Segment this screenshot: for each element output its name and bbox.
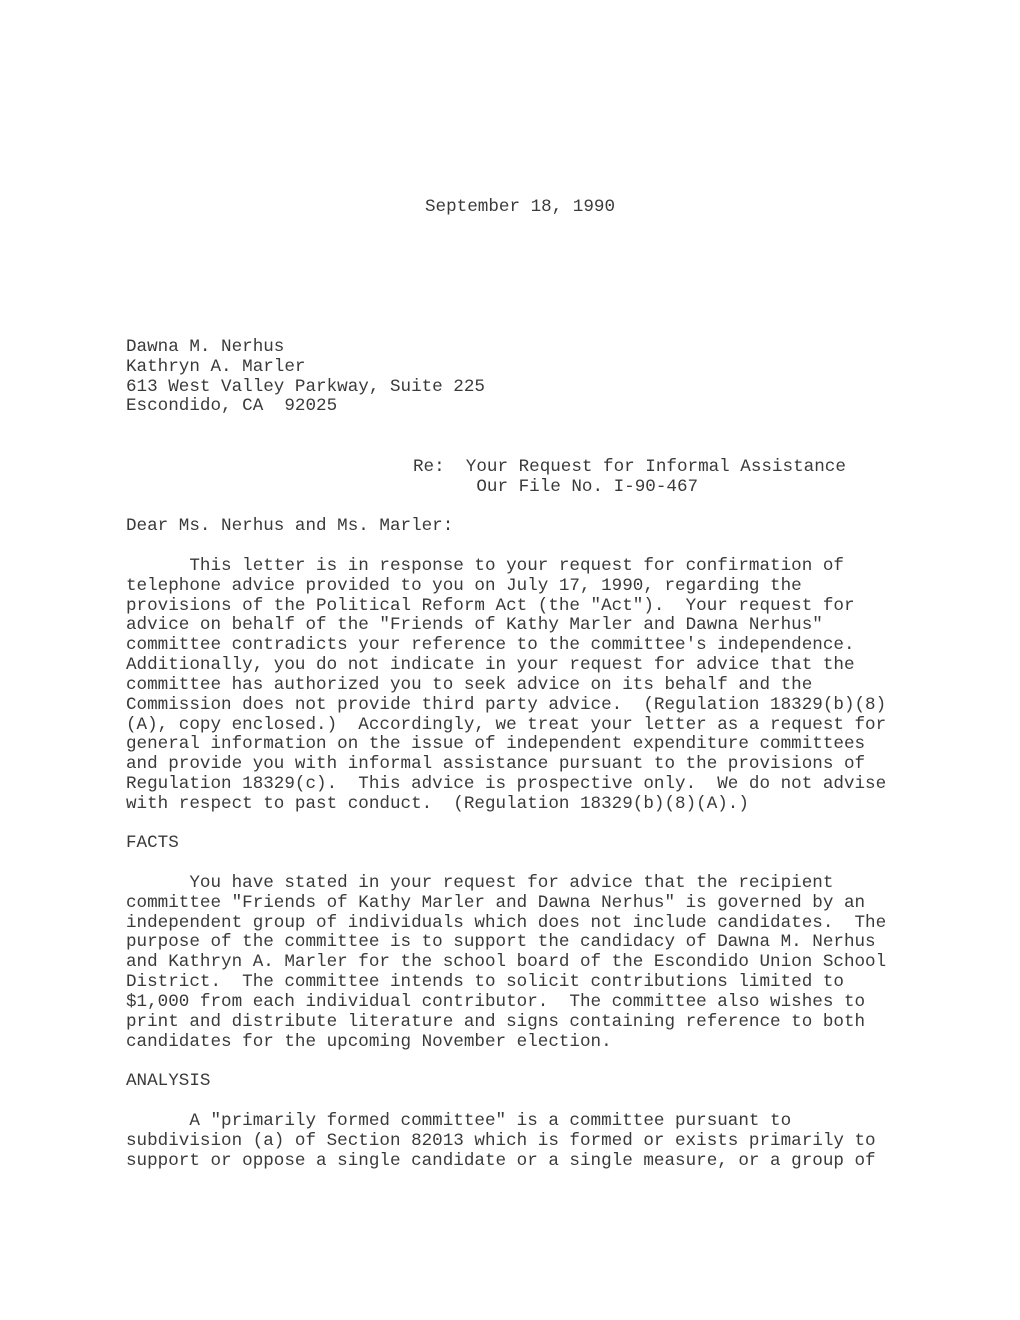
analysis-heading: ANALYSIS bbox=[126, 1072, 210, 1092]
recipient-address-block: Dawna M. Nerhus Kathryn A. Marler 613 We… bbox=[126, 338, 485, 417]
salutation-line: Dear Ms. Nerhus and Ms. Marler: bbox=[126, 517, 453, 537]
facts-paragraph: You have stated in your request for advi… bbox=[126, 874, 886, 1052]
analysis-paragraph: A "primarily formed committee" is a comm… bbox=[126, 1112, 876, 1171]
facts-heading: FACTS bbox=[126, 834, 179, 854]
intro-paragraph: This letter is in response to your reque… bbox=[126, 557, 886, 815]
letter-page: September 18, 1990 Dawna M. Nerhus Kathr… bbox=[0, 0, 1020, 1320]
subject-reference-block: Re: Your Request for Informal Assistance… bbox=[413, 458, 846, 498]
date-line: September 18, 1990 bbox=[425, 198, 615, 218]
